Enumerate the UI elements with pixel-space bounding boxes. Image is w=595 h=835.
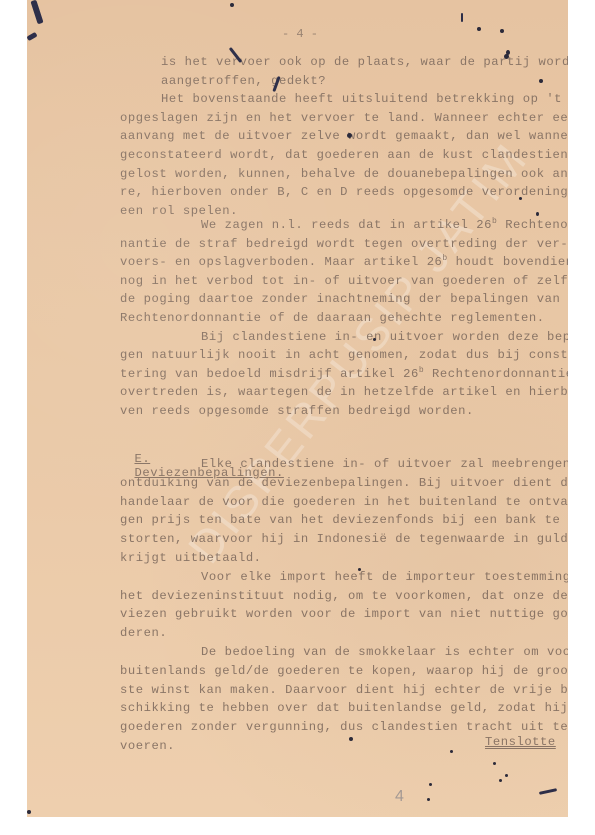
ink-spot <box>493 762 496 765</box>
text-line: nantie de straf bedreigd wordt tegen ove… <box>120 237 568 251</box>
text-line: gelost worden, kunnen, behalve de douane… <box>120 167 568 181</box>
ink-mark <box>27 32 38 41</box>
text-line: krijgt uitbetaald. <box>120 551 262 565</box>
ink-spot <box>373 338 376 341</box>
ink-spot <box>539 79 543 83</box>
text-line: Rechtenordonnantie of de daaraan gehecht… <box>120 311 545 325</box>
page-number: - 4 - <box>282 27 318 41</box>
text-line: de poging daartoe zonder inachtneming de… <box>120 292 568 306</box>
text-line: het deviezeninstituut nodig, om te voork… <box>120 589 568 603</box>
text-line: een rol spelen. <box>120 204 238 218</box>
ink-mark <box>461 13 463 22</box>
text-line: goederen zonder vergunning, dus clandest… <box>120 720 568 734</box>
ink-spot <box>519 197 522 200</box>
document-page: DISPERPUSIP JATIM - 4 - is het vervoer o… <box>27 0 568 817</box>
ink-spot <box>27 810 31 814</box>
text-line: voeren. <box>120 739 175 753</box>
text-line: Voor elke import heeft de importeur toes… <box>201 570 568 584</box>
ink-spot <box>358 568 361 571</box>
text-line: handelaar de voor die goederen in het bu… <box>120 495 568 509</box>
text-line: viezen gebruikt worden voor de import va… <box>120 607 568 621</box>
text-line: gen prijs ten bate van het deviezenfonds… <box>120 513 560 527</box>
ink-spot <box>499 779 502 782</box>
text-line: re, hierboven onder B, C en D reeds opge… <box>120 185 568 199</box>
ink-spot <box>427 798 430 801</box>
text-line: Het bovenstaande heeft uitsluitend betre… <box>161 92 562 106</box>
closing-word: Tenslotte <box>485 735 556 749</box>
pencil-page-mark: 4 <box>395 788 404 806</box>
text-line: aanvang met de uitvoer zelve wordt gemaa… <box>120 129 568 143</box>
text-line: We zagen n.l. reeds dat in artikel 26b R… <box>201 218 568 232</box>
text-line: ontduiking van de deviezenbepalingen. Bi… <box>120 476 568 490</box>
ink-spot <box>536 212 539 216</box>
ink-spot <box>500 29 504 33</box>
text-line: aangetroffen, gedekt? <box>161 74 326 88</box>
text-line: gen natuurlijk nooit in acht genomen, zo… <box>120 348 568 362</box>
ink-spot <box>347 133 352 138</box>
ink-spot <box>505 774 508 777</box>
text-line: Bij clandestiene in- en uitvoer worden d… <box>201 330 568 344</box>
ink-mark <box>30 0 43 24</box>
text-line: tering van bedoeld misdrijf artikel 26b … <box>120 367 568 381</box>
text-line: Elke clandestiene in- of uitvoer zal mee… <box>201 457 568 471</box>
text-line: ste winst kan maken. Daarvoor dient hij … <box>120 683 568 697</box>
ink-spot <box>504 54 509 59</box>
text-line: deren. <box>120 626 167 640</box>
ink-spot <box>429 783 432 786</box>
text-line: voers- en opslagverboden. Maar artikel 2… <box>120 255 568 269</box>
text-line: buitenlands geld/de goederen te kopen, w… <box>120 664 568 678</box>
ink-spot <box>450 750 453 753</box>
text-line: De bedoeling van de smokkelaar is echter… <box>201 645 568 659</box>
text-line: geconstateerd wordt, dat goederen aan de… <box>120 148 568 162</box>
text-line: overtreden is, waartegen de in hetzelfde… <box>120 385 568 399</box>
text-line: nog in het verbod tot in- of uitvoer van… <box>120 274 568 288</box>
section-letter: E. <box>134 452 150 466</box>
ink-spot <box>477 27 481 31</box>
text-line: storten, waarvoor hij in Indonesië de te… <box>120 532 568 546</box>
ink-spot <box>230 3 234 7</box>
ink-spot <box>349 737 353 741</box>
text-line: opgeslagen zijn en het vervoer te land. … <box>120 111 568 125</box>
text-line: ven reeds opgesomde straffen bedreigd wo… <box>120 404 474 418</box>
text-line: schikking te hebben over dat buitenlands… <box>120 701 568 715</box>
ink-mark <box>539 788 557 795</box>
